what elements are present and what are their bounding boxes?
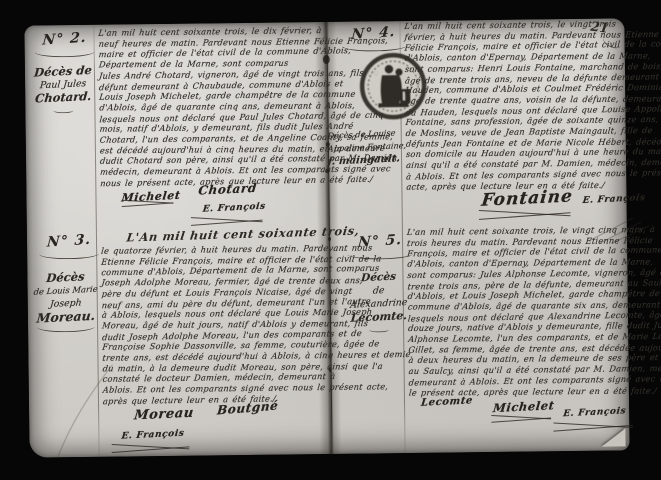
official-signature: E. François xyxy=(563,406,627,419)
margin-note-line: Chotard. xyxy=(25,89,103,106)
flourish-arc xyxy=(39,248,99,260)
signature: Moreau xyxy=(133,406,194,424)
register-page-spread: N° 2. Décès de Paul Jules Chotard. L'an … xyxy=(24,18,629,457)
margin-note: Décès de Paul Jules Chotard. xyxy=(25,65,102,114)
margin-note-line: Moreau. xyxy=(27,308,105,325)
crease-mark xyxy=(51,362,142,459)
flourish-squiggle xyxy=(53,107,73,113)
paraph-flourish xyxy=(491,411,551,424)
signature: Lecomte xyxy=(420,395,473,409)
paraph-flourish xyxy=(191,214,263,227)
signature: Chotard xyxy=(198,181,258,198)
scan-background: { "folio_number": "21", "stamp_text": "T… xyxy=(0,0,661,480)
official-signature: E. François xyxy=(202,202,266,215)
record-body: L'an mil huit cent soixante trois, le vi… xyxy=(407,224,649,398)
dog-ear-fold xyxy=(601,428,625,446)
official-signature: E. François xyxy=(582,193,646,206)
paraph-flourish xyxy=(479,207,571,220)
flourish-arc xyxy=(343,40,407,52)
record-body: L'an mil huit cent soixante trois, le di… xyxy=(98,25,326,188)
margin-note: Décès de Louis Marie Joseph Moreau. xyxy=(27,271,104,333)
flourish-arc xyxy=(35,46,95,58)
paraph-flourish xyxy=(121,196,173,209)
record-body: L'an mil huit cent soixante trois, le vi… xyxy=(404,18,646,192)
flourish-squiggle xyxy=(369,326,389,332)
